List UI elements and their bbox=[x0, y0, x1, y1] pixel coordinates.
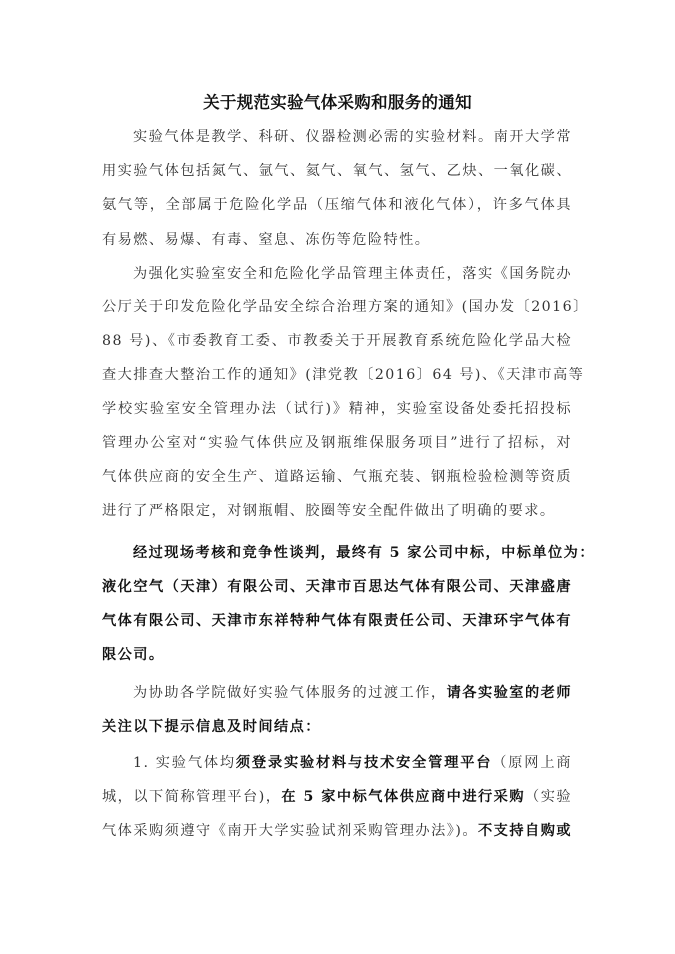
text: （实验 bbox=[525, 789, 572, 805]
text: 进行了严格限定，对钢瓶帽、胶圈等安全配件做出了明确的要求。 bbox=[102, 503, 556, 519]
paragraph-2-line: 气体供应商的安全生产、道路运输、气瓶充装、钢瓶检验检测等资质 bbox=[102, 466, 572, 488]
paragraph-1-line: 有易燃、易爆、有毒、窒息、冻伤等危险特性。 bbox=[102, 229, 572, 251]
paragraph-2-line: 公厅关于印发危险化学品安全综合治理方案的通知》(国办发〔2016〕 bbox=[102, 296, 572, 318]
text: 为协助各学院做好实验气体服务的过渡工作， bbox=[133, 685, 447, 701]
text: 氨气等，全部属于危险化学品（压缩气体和液化气体），许多气体具 bbox=[102, 197, 572, 213]
text: 气体供应商的安全生产、道路运输、气瓶充装、钢瓶检验检测等资质 bbox=[102, 469, 572, 485]
bold-text: 须登录实验材料与技术安全管理平台 bbox=[236, 755, 492, 771]
text: 城，以下简称管理平台)， bbox=[102, 789, 281, 805]
text: 公厅关于印发危险化学品安全综合治理方案的通知》(国办发〔2016〕 bbox=[102, 299, 589, 315]
paragraph-2-line: 为强化实验室安全和危险化学品管理主体责任，落实《国务院办 bbox=[102, 263, 572, 285]
document-title: 关于规范实验气体采购和服务的通知 bbox=[0, 89, 675, 113]
text: 1. 实验气体均 bbox=[133, 755, 236, 771]
paragraph-5-line: 气体采购须遵守《南开大学实验试剂采购管理办法》)。不支持自购或 bbox=[102, 820, 572, 842]
bold-text: 液化空气（天津）有限公司、天津市百思达气体有限公司、天津盛唐 bbox=[102, 579, 572, 595]
text: 管理办公室对“实验气体供应及钢瓶维保服务项目”进行了招标，对 bbox=[102, 435, 572, 451]
bold-text: 气体有限公司、天津市东祥特种气体有限责任公司、天津环宇气体有 bbox=[102, 613, 572, 629]
paragraph-4-line: 为协助各学院做好实验气体服务的过渡工作，请各实验室的老师 bbox=[102, 682, 572, 704]
paragraph-5-line: 城，以下简称管理平台)，在 5 家中标气体供应商中进行采购（实验 bbox=[102, 786, 572, 808]
paragraph-2-line: 学校实验室安全管理办法（试行)》精神，实验室设备处委托招投标 bbox=[102, 398, 572, 420]
paragraph-1-line: 实验气体是教学、科研、仪器检测必需的实验材料。南开大学常 bbox=[102, 126, 572, 148]
paragraph-2-line: 查大排查大整治工作的通知》(津党教〔2016〕64 号)、《天津市高等 bbox=[102, 364, 572, 386]
text: 用实验气体包括氮气、氩气、氦气、氧气、氢气、乙炔、一氧化碳、 bbox=[102, 163, 572, 179]
paragraph-3-line: 液化空气（天津）有限公司、天津市百思达气体有限公司、天津盛唐 bbox=[102, 576, 572, 598]
paragraph-3-line: 经过现场考核和竞争性谈判，最终有 5 家公司中标，中标单位为： bbox=[102, 542, 572, 564]
bold-text: 关注以下提示信息及时间结点： bbox=[102, 719, 321, 735]
text: 实验气体是教学、科研、仪器检测必需的实验材料。南开大学常 bbox=[133, 129, 572, 145]
bold-text: 经过现场考核和竞争性谈判，最终有 5 家公司中标，中标单位为： bbox=[133, 545, 595, 561]
paragraph-1-line: 氨气等，全部属于危险化学品（压缩气体和液化气体），许多气体具 bbox=[102, 194, 572, 216]
bold-text: 不支持自购或 bbox=[478, 823, 572, 839]
text: 为强化实验室安全和危险化学品管理主体责任，落实《国务院办 bbox=[133, 266, 572, 282]
text: 学校实验室安全管理办法（试行)》精神，实验室设备处委托招投标 bbox=[102, 401, 572, 417]
text: 88 号)、《市委教育工委、市教委关于开展教育系统危险化学品大检 bbox=[102, 333, 572, 349]
paragraph-2-line: 管理办公室对“实验气体供应及钢瓶维保服务项目”进行了招标，对 bbox=[102, 432, 572, 454]
bold-text: 请各实验室的老师 bbox=[447, 685, 572, 701]
paragraph-5-line: 1. 实验气体均须登录实验材料与技术安全管理平台（原网上商 bbox=[102, 752, 572, 774]
paragraph-4-line: 关注以下提示信息及时间结点： bbox=[102, 716, 572, 738]
paragraph-1-line: 用实验气体包括氮气、氩气、氦气、氧气、氢气、乙炔、一氧化碳、 bbox=[102, 160, 572, 182]
paragraph-2-line: 88 号)、《市委教育工委、市教委关于开展教育系统危险化学品大检 bbox=[102, 330, 572, 352]
bold-text: 限公司。 bbox=[102, 647, 165, 663]
paragraph-2-line: 进行了严格限定，对钢瓶帽、胶圈等安全配件做出了明确的要求。 bbox=[102, 500, 572, 522]
bold-text: 在 5 家中标气体供应商中进行采购 bbox=[281, 789, 525, 805]
text: 有易燃、易爆、有毒、窒息、冻伤等危险特性。 bbox=[102, 232, 430, 248]
paragraph-3-line: 限公司。 bbox=[102, 644, 572, 666]
text: （原网上商 bbox=[492, 755, 572, 771]
document-page: 关于规范实验气体采购和服务的通知 实验气体是教学、科研、仪器检测必需的实验材料。… bbox=[0, 0, 675, 954]
text: 气体采购须遵守《南开大学实验试剂采购管理办法》)。 bbox=[102, 823, 478, 839]
paragraph-3-line: 气体有限公司、天津市东祥特种气体有限责任公司、天津环宇气体有 bbox=[102, 610, 572, 632]
text: 查大排查大整治工作的通知》(津党教〔2016〕64 号)、《天津市高等 bbox=[102, 367, 584, 383]
